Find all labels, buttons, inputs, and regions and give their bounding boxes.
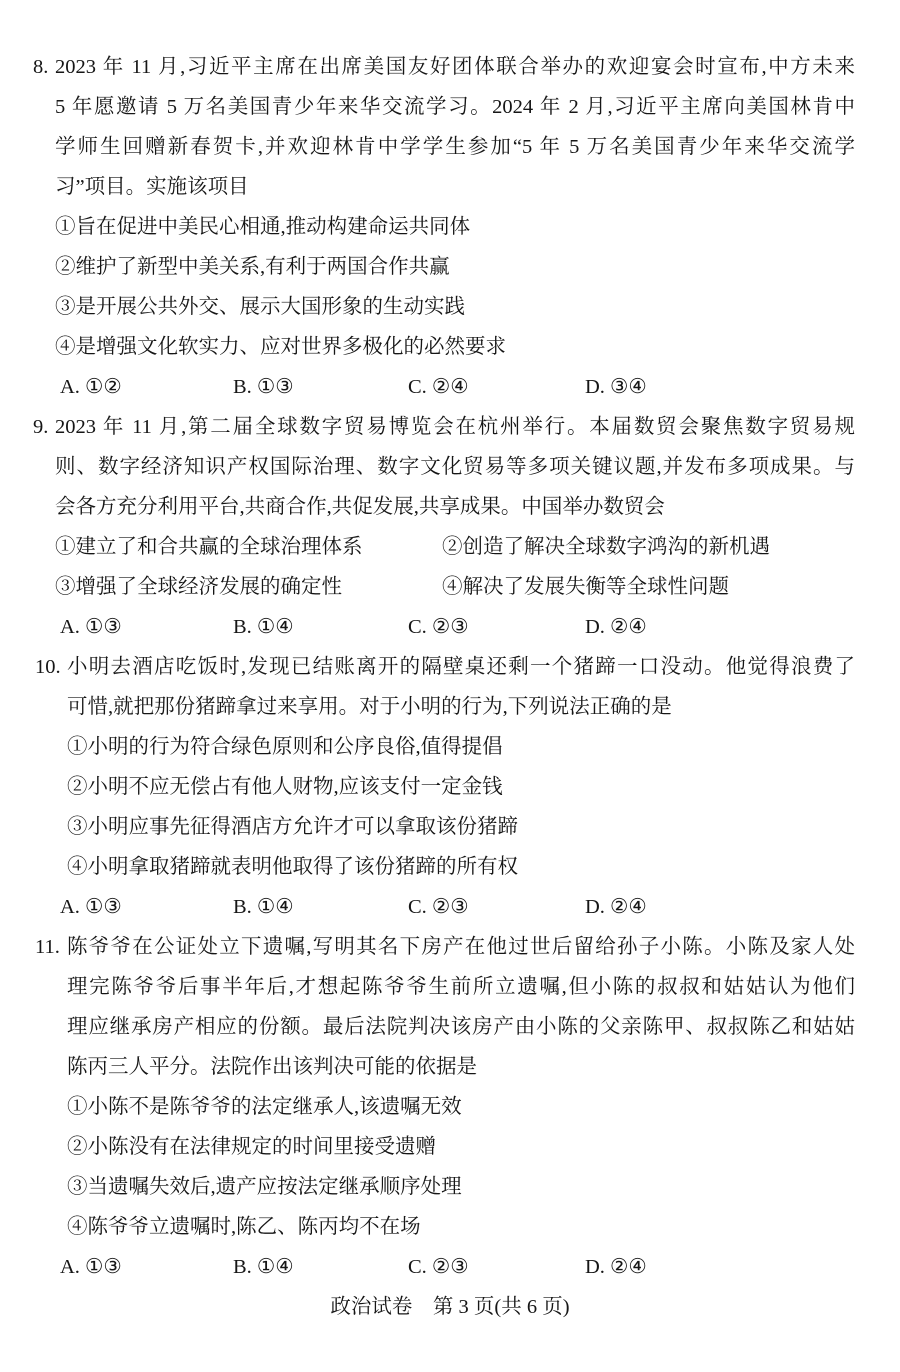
answer-choice: B. ①④ xyxy=(233,607,294,647)
option-item: ②创造了解决全球数字鸿沟的新机遇 xyxy=(442,527,770,567)
answer-choice: D. ②④ xyxy=(585,607,647,647)
exam-page: 8. 2023 年 11 月,习近平主席在出席美国友好团体联合举办的欢迎宴会时宣… xyxy=(0,47,900,1327)
page-footer: 政治试卷 第 3 页(共 6 页) xyxy=(0,1287,900,1327)
stem-line: 9. 2023 年 11 月,第二届全球数字贸易博览会在杭州举行。本届数贸会聚焦… xyxy=(0,407,900,447)
answer-choice: A. ①③ xyxy=(60,1247,122,1287)
stem-text: 小明去酒店吃饭时,发现已结账离开的隔壁桌还剩一个猪蹄一口没动。他觉得浪费了 xyxy=(67,656,855,678)
option-line: ②小陈没有在法律规定的时间里接受遗赠 xyxy=(0,1127,900,1167)
answer-choice: B. ①④ xyxy=(233,1247,294,1287)
question-8: 8. 2023 年 11 月,习近平主席在出席美国友好团体联合举办的欢迎宴会时宣… xyxy=(0,47,900,407)
question-9: 9. 2023 年 11 月,第二届全球数字贸易博览会在杭州举行。本届数贸会聚焦… xyxy=(0,407,900,647)
question-number: 8. xyxy=(33,47,48,87)
answer-choice: C. ②④ xyxy=(408,367,469,407)
option-row: ③增强了全球经济发展的确定性 ④解决了发展失衡等全球性问题 xyxy=(0,567,900,607)
option-line: ③当遗嘱失效后,遗产应按法定继承顺序处理 xyxy=(0,1167,900,1207)
answer-choice: B. ①③ xyxy=(233,367,294,407)
answer-choice: B. ①④ xyxy=(233,887,294,927)
answer-row: A. ①③ B. ①④ C. ②③ D. ②④ xyxy=(0,1247,900,1287)
option-line: ②小明不应无偿占有他人财物,应该支付一定金钱 xyxy=(0,767,900,807)
answer-choice: C. ②③ xyxy=(408,1247,469,1287)
question-11: 11. 陈爷爷在公证处立下遗嘱,写明其名下房产在他过世后留给孙子小陈。小陈及家人… xyxy=(0,927,900,1287)
stem-text: 2023 年 11 月,第二届全球数字贸易博览会在杭州举行。本届数贸会聚焦数字贸… xyxy=(55,416,855,438)
option-line: ①小陈不是陈爷爷的法定继承人,该遗嘱无效 xyxy=(0,1087,900,1127)
stem-text: 陈爷爷在公证处立下遗嘱,写明其名下房产在他过世后留给孙子小陈。小陈及家人处 xyxy=(67,936,855,958)
answer-row: A. ①③ B. ①④ C. ②③ D. ②④ xyxy=(0,607,900,647)
answer-choice: D. ②④ xyxy=(585,1247,647,1287)
stem-line: 陈丙三人平分。法院作出该判决可能的依据是 xyxy=(0,1047,900,1087)
option-item: ③增强了全球经济发展的确定性 xyxy=(55,576,342,598)
answer-choice: D. ③④ xyxy=(585,367,647,407)
option-line: ②维护了新型中美关系,有利于两国合作共赢 xyxy=(0,247,900,287)
option-item: ④解决了发展失衡等全球性问题 xyxy=(442,567,729,607)
stem-line: 则、数字经济知识产权国际治理、数字文化贸易等多项关键议题,并发布多项成果。与 xyxy=(0,447,900,487)
option-line: ③小明应事先征得酒店方允许才可以拿取该份猪蹄 xyxy=(0,807,900,847)
stem-line: 理完陈爷爷后事半年后,才想起陈爷爷生前所立遗嘱,但小陈的叔叔和姑姑认为他们 xyxy=(0,967,900,1007)
option-line: ③是开展公共外交、展示大国形象的生动实践 xyxy=(0,287,900,327)
stem-line: 习”项目。实施该项目 xyxy=(0,167,900,207)
answer-row: A. ①② B. ①③ C. ②④ D. ③④ xyxy=(0,367,900,407)
stem-text: 2023 年 11 月,习近平主席在出席美国友好团体联合举办的欢迎宴会时宣布,中… xyxy=(55,56,855,78)
question-10: 10. 小明去酒店吃饭时,发现已结账离开的隔壁桌还剩一个猪蹄一口没动。他觉得浪费… xyxy=(0,647,900,927)
option-line: ④陈爷爷立遗嘱时,陈乙、陈丙均不在场 xyxy=(0,1207,900,1247)
stem-line: 会各方充分利用平台,共商合作,共促发展,共享成果。中国举办数贸会 xyxy=(0,487,900,527)
option-item: ①建立了和合共赢的全球治理体系 xyxy=(55,536,363,558)
answer-row: A. ①③ B. ①④ C. ②③ D. ②④ xyxy=(0,887,900,927)
option-line: ①旨在促进中美民心相通,推动构建命运共同体 xyxy=(0,207,900,247)
option-line: ①小明的行为符合绿色原则和公序良俗,值得提倡 xyxy=(0,727,900,767)
stem-line: 学师生回赠新春贺卡,并欢迎林肯中学学生参加“5 年 5 万名美国青少年来华交流学 xyxy=(0,127,900,167)
answer-choice: A. ①② xyxy=(60,367,122,407)
question-number: 9. xyxy=(33,407,48,447)
answer-choice: D. ②④ xyxy=(585,887,647,927)
option-line: ④是增强文化软实力、应对世界多极化的必然要求 xyxy=(0,327,900,367)
question-number: 10. xyxy=(35,647,61,687)
question-number: 11. xyxy=(35,927,60,967)
stem-line: 10. 小明去酒店吃饭时,发现已结账离开的隔壁桌还剩一个猪蹄一口没动。他觉得浪费… xyxy=(0,647,900,687)
answer-choice: C. ②③ xyxy=(408,607,469,647)
answer-choice: C. ②③ xyxy=(408,887,469,927)
answer-choice: A. ①③ xyxy=(60,607,122,647)
stem-line: 5 年愿邀请 5 万名美国青少年来华交流学习。2024 年 2 月,习近平主席向… xyxy=(0,87,900,127)
option-line: ④小明拿取猪蹄就表明他取得了该份猪蹄的所有权 xyxy=(0,847,900,887)
stem-line: 可惜,就把那份猪蹄拿过来享用。对于小明的行为,下列说法正确的是 xyxy=(0,687,900,727)
stem-line: 理应继承房产相应的份额。最后法院判决该房产由小陈的父亲陈甲、叔叔陈乙和姑姑 xyxy=(0,1007,900,1047)
stem-line: 11. 陈爷爷在公证处立下遗嘱,写明其名下房产在他过世后留给孙子小陈。小陈及家人… xyxy=(0,927,900,967)
option-row: ①建立了和合共赢的全球治理体系 ②创造了解决全球数字鸿沟的新机遇 xyxy=(0,527,900,567)
stem-line: 8. 2023 年 11 月,习近平主席在出席美国友好团体联合举办的欢迎宴会时宣… xyxy=(0,47,900,87)
answer-choice: A. ①③ xyxy=(60,887,122,927)
